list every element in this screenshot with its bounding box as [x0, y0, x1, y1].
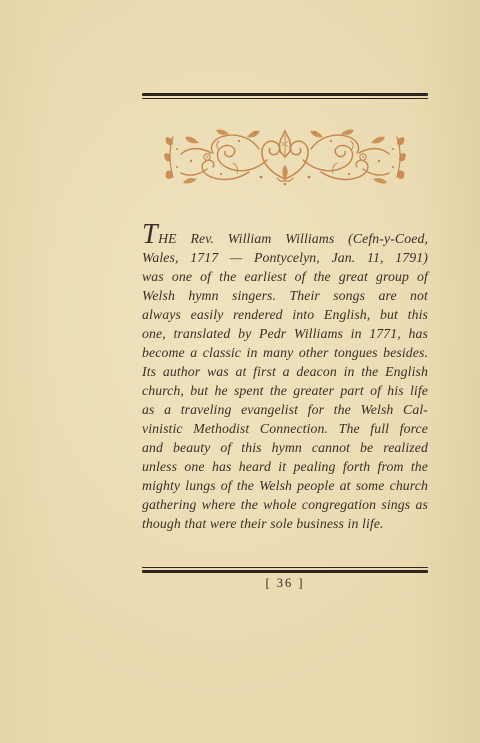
paragraph-line: was one of the earliest of the great gro… [142, 267, 428, 286]
paragraph-line: Welsh hymn singers. Their songs are not [142, 286, 428, 305]
paragraph-line: vinistic Methodist Connection. The full … [142, 419, 428, 438]
paragraph-line: unless one has heard it pealing forth fr… [142, 457, 428, 476]
paragraph-line: one, translated by Pedr Williams in 1771… [142, 324, 428, 343]
page-number: [ 36 ] [142, 576, 428, 591]
hymn-introduction-paragraph: THE Rev. William Williams (Cefn-y-Coed, … [142, 229, 428, 533]
floral-ornament-band [142, 127, 428, 192]
floral-ornament-icon [162, 127, 408, 187]
paragraph-line: become a classic in many other tongues b… [142, 343, 428, 362]
paragraph-line: as a traveling evangelist for the Welsh … [142, 400, 428, 419]
paragraph-line: church, but he spent the greater part of… [142, 381, 428, 400]
paragraph-line: Its author was at first a deacon in the … [142, 362, 428, 381]
paragraph-line: always easily rendered into English, but… [142, 305, 428, 324]
bottom-rule-thick-line [142, 570, 428, 573]
paragraph-line: gathering where the whole congregation s… [142, 495, 428, 514]
top-double-rule [142, 93, 428, 99]
paragraph-line: though that were their sole business in … [142, 514, 428, 533]
paragraph-line: Wales, 1717 — Pontycelyn, Jan. 11, 1791) [142, 248, 428, 267]
top-rule-thin-line [142, 98, 428, 99]
book-page: THE Rev. William Williams (Cefn-y-Coed, … [0, 0, 480, 743]
drop-cap-initial: T [142, 219, 158, 250]
paragraph-line-text: HE Rev. William Williams (Cefn-y-Coed, [158, 231, 428, 246]
paragraph-line: and beauty of this hymn cannot be realiz… [142, 438, 428, 457]
bottom-double-rule [142, 567, 428, 573]
paragraph-line: THE Rev. William Williams (Cefn-y-Coed, [142, 229, 428, 248]
paragraph-line: mighty lungs of the Welsh people at some… [142, 476, 428, 495]
